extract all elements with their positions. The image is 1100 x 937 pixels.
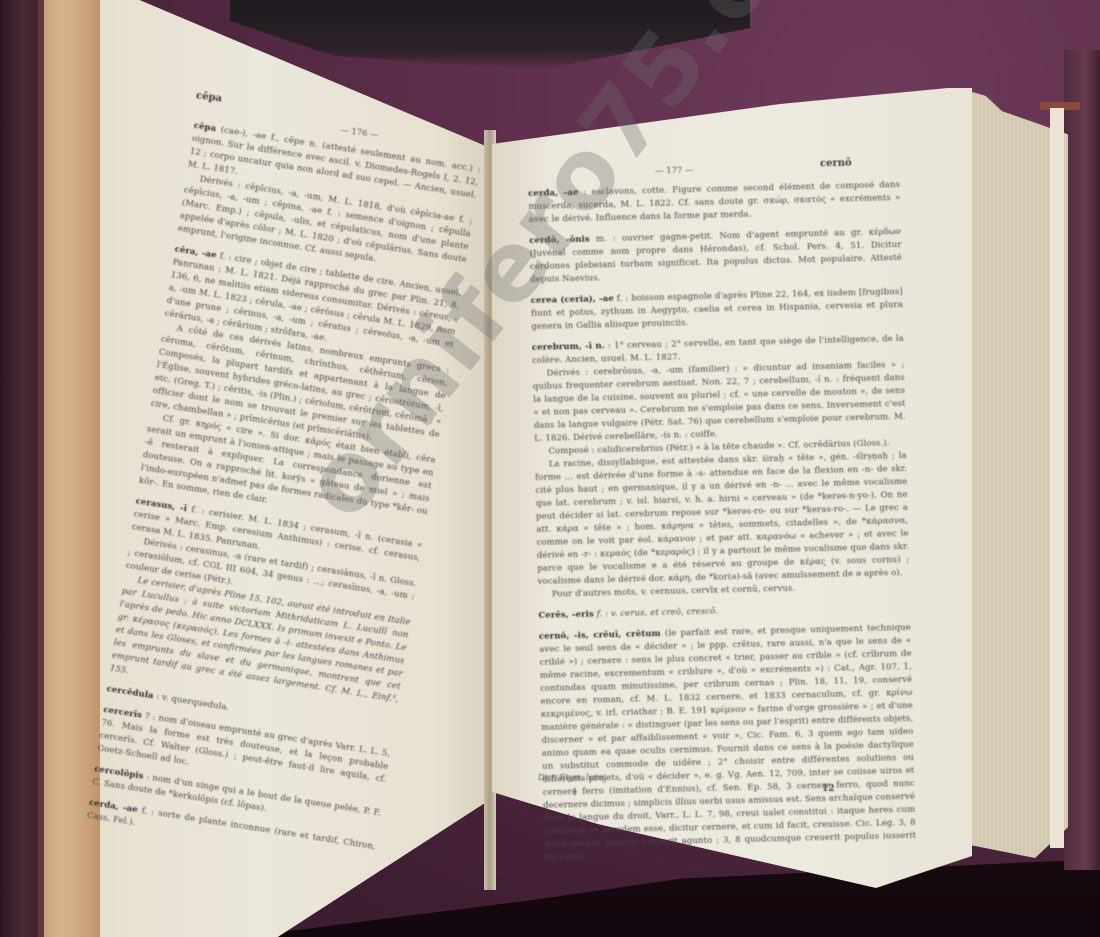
signature-mark: I [573,788,577,798]
dictionary-entry: cernō, -is, crēuī, crētum (le parfait es… [539,622,917,865]
right-running-head: cernō [820,158,852,170]
headword: cercēdula [106,684,154,701]
headword: cernō, -is, crēuī, crētum [539,629,661,642]
signature-number: 12 [822,784,835,794]
right-page-text: cerda, -ae : esclavons, cotte. Figure co… [528,179,916,865]
headword: cerda, -ae [528,188,578,199]
page-footer: Dict. Étym. latin. [538,773,607,782]
headword: cerebrum, -ī n. [532,341,605,353]
entry-text: (le parfait est rare, et presque uniquem… [539,623,916,863]
headword: cerdō, -ōnis [529,235,590,246]
dictionary-entry: Cerēs, -eris f. : v. cerus, et creō, cre… [538,601,910,623]
entry-text: La racine, dissyllabique, est attestée d… [535,451,909,587]
entry-text: : esclavons, cotte. Figure comme second … [528,180,900,225]
headword: cerea (ceria), -ae [531,294,614,306]
dictionary-entry: La racine, dissyllabique, est attestée d… [535,450,910,589]
headword: cēpa [193,121,217,134]
entry-text: : v. querquedula. [156,692,230,713]
entry-text: Dérivés : cerebrōsus, -a, -um (familier)… [533,360,906,444]
dictionary-entry: Dérivés : cerebrōsus, -a, -um (familier)… [532,359,906,446]
book-cover-right [1064,50,1100,870]
page-stack-right-edge [1050,108,1064,848]
right-page-number: — 177 — [655,165,694,176]
dictionary-entry: cerda, -ae : esclavons, cotte. Figure co… [528,179,901,227]
entry-text: f. : v. cerus, et creō, crescō. [597,606,719,619]
headword: Cerēs, -eris [538,610,594,621]
dictionary-entry: cerdō, -ōnis m. : ouvrier gagne-petit. N… [529,226,902,287]
dictionary-entry: cerea (ceria), -ae f. : boisson espagnol… [531,286,904,334]
